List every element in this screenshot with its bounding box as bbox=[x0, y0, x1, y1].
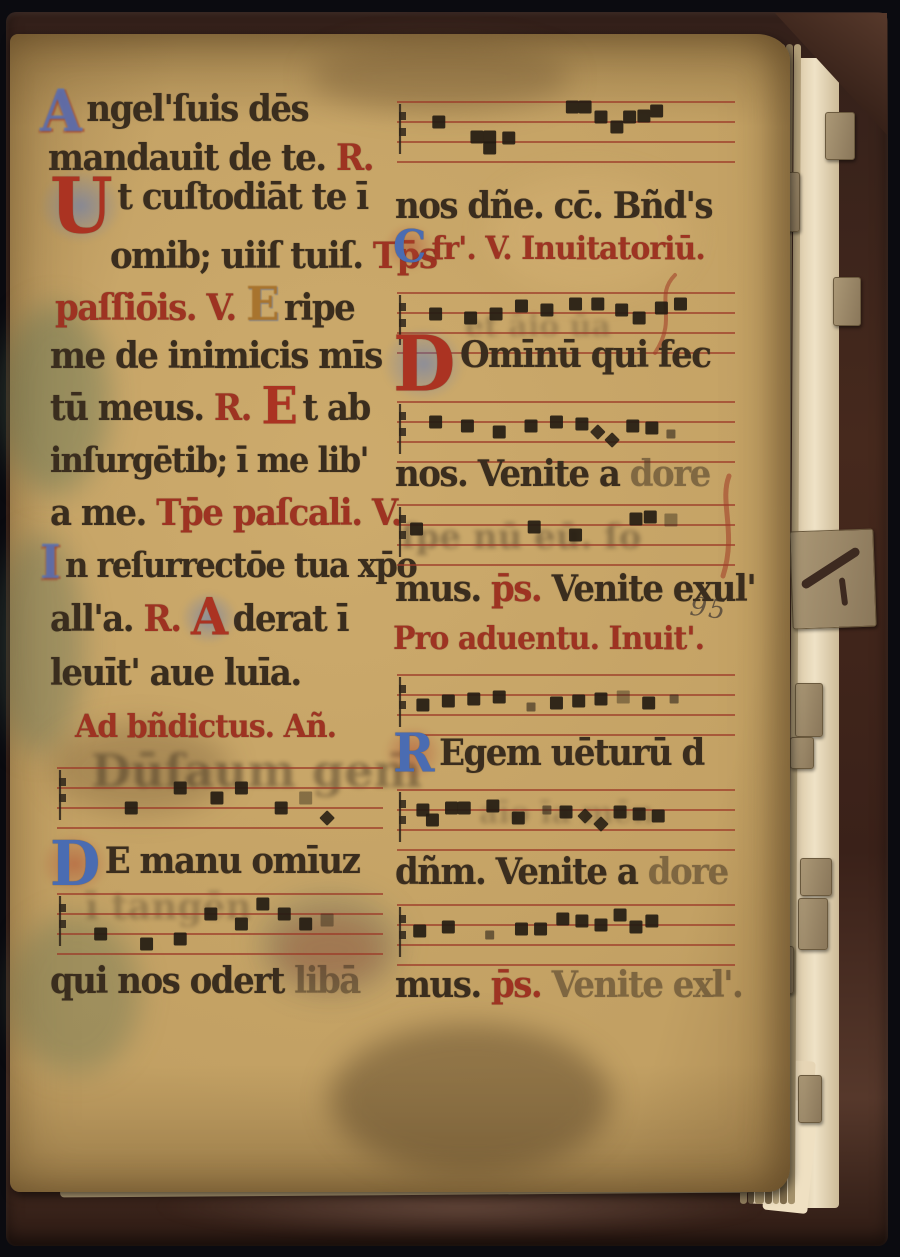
text-segment: mus. bbox=[395, 568, 491, 611]
parchment-tab bbox=[790, 737, 814, 769]
illuminated-initial: A bbox=[40, 88, 80, 133]
text-segment: tū meus. bbox=[50, 387, 214, 430]
music-staff: Dūſaum gem̄ bbox=[55, 756, 385, 844]
text-segment: me de inimicis mīs bbox=[50, 335, 382, 378]
text-line: me de inimicis mīs bbox=[50, 335, 382, 378]
text-segment: omib; uiiſ tuiſ. bbox=[110, 235, 373, 278]
text-line: mus. p̄s. Venite exl'. bbox=[395, 964, 742, 1007]
parchment-tab bbox=[798, 1075, 822, 1123]
text-line: nos dñe. cc̄. Bñd's bbox=[395, 185, 712, 228]
manuscript-page: 95 Angel'ſuis dēsmandauit de te. R.Ut cu… bbox=[10, 34, 790, 1192]
text-line: mus. p̄s. Venite exul' bbox=[395, 568, 755, 611]
text-segment: derat ī bbox=[233, 598, 348, 641]
music-staff bbox=[395, 90, 737, 178]
parchment-tab bbox=[825, 112, 855, 160]
staff-notation bbox=[395, 90, 737, 174]
flyleaf-edge bbox=[795, 58, 839, 1208]
text-segment: Omīnū qui fec bbox=[460, 334, 711, 377]
illuminated-initial: D bbox=[393, 334, 454, 394]
text-segment: dore bbox=[630, 453, 710, 496]
text-segment: libā bbox=[294, 960, 360, 1003]
illuminated-initial: R bbox=[393, 732, 433, 774]
page-content: 95 Angel'ſuis dēsmandauit de te. R.Ut cu… bbox=[10, 34, 790, 1192]
text-segment: mus. bbox=[395, 964, 491, 1007]
text-segment: t ab bbox=[302, 387, 369, 430]
text-segment: Pro aduentu. Inuit'. bbox=[393, 620, 704, 657]
text-segment: t cuſtodiāt te ī bbox=[117, 176, 367, 219]
text-segment: Tp̄e paſcali. V. bbox=[156, 492, 401, 535]
text-line: dñm. Venite a dore bbox=[395, 851, 728, 894]
text-segment: all'a. bbox=[50, 598, 143, 641]
text-segment: p̄s. bbox=[491, 568, 552, 611]
text-line: nos. Venite a dore bbox=[395, 453, 710, 496]
music-staff: ī tangēn bbox=[55, 882, 385, 970]
rubric-line: Pro aduentu. Inuit'. bbox=[393, 620, 704, 657]
parchment-tab bbox=[833, 277, 861, 326]
text-segment: E manu omīuz bbox=[105, 840, 360, 883]
parchment-tab bbox=[800, 858, 832, 896]
text-segment: n reſurrectōe tua xp̄o bbox=[65, 545, 416, 586]
text-segment: leuīt' aue luīa. bbox=[50, 652, 301, 695]
text-segment: Venite exl'. bbox=[552, 964, 743, 1007]
staff-notation bbox=[395, 778, 737, 862]
text-segment: ngel'ſuis dēs bbox=[86, 88, 308, 131]
illuminated-initial: U bbox=[50, 176, 111, 236]
text-line: tū meus. R. Et ab bbox=[50, 387, 370, 430]
text-line: Ut cuſtodiāt te ī bbox=[50, 176, 368, 236]
text-line: In reſurrectōe tua xp̄o bbox=[40, 545, 416, 586]
illuminated-initial: I bbox=[40, 545, 59, 582]
text-segment: R. bbox=[214, 387, 261, 430]
photograph-of-manuscript: { "document_type_note": "medieval antiph… bbox=[0, 0, 900, 1257]
illuminated-initial: C bbox=[393, 230, 425, 265]
text-segment: R. bbox=[336, 137, 373, 180]
text-segment: inſurgētib; ī me lib' bbox=[50, 440, 368, 481]
text-segment: qui nos odert bbox=[50, 960, 294, 1003]
text-segment: nos dñe. cc̄. Bñd's bbox=[395, 185, 712, 228]
text-line: a me. Tp̄e paſcali. V. bbox=[50, 492, 401, 535]
parchment-tab bbox=[795, 683, 823, 737]
text-segment: Egem uēturū d bbox=[439, 732, 704, 775]
text-line: REgem uēturū d bbox=[393, 732, 704, 775]
text-line: Angel'ſuis dēs bbox=[40, 88, 308, 133]
text-segment: dñm. Venite a bbox=[395, 851, 648, 894]
text-segment: dore bbox=[648, 851, 728, 894]
text-segment: a me. bbox=[50, 492, 156, 535]
illuminated-initial: A bbox=[191, 598, 227, 638]
staff-notation bbox=[395, 493, 737, 577]
staff-notation bbox=[55, 882, 385, 966]
text-segment: Venite exul' bbox=[552, 568, 756, 611]
parchment-tab bbox=[798, 898, 828, 950]
illuminated-initial: E bbox=[246, 287, 278, 324]
parchment-tab-large bbox=[789, 529, 876, 630]
text-segment: ripe bbox=[284, 287, 354, 330]
text-line: qui nos odert libā bbox=[50, 960, 360, 1003]
text-segment: nos. Venite a bbox=[395, 453, 630, 496]
staff-notation bbox=[55, 756, 385, 840]
text-segment: fr'. V. Inuitatoriū. bbox=[431, 230, 704, 267]
text-line: all'a. R. Aderat ī bbox=[50, 598, 348, 641]
illuminated-initial: E bbox=[261, 387, 296, 427]
text-line: inſurgētib; ī me lib' bbox=[50, 440, 368, 481]
text-segment: p̄s. bbox=[491, 964, 552, 1007]
text-line: paſſiōis. V. Eripe bbox=[55, 287, 354, 330]
tab-ink-mark-icon bbox=[790, 530, 875, 629]
text-segment: Ad bñdictus. Añ. bbox=[75, 708, 336, 745]
text-segment: paſſiōis. V. bbox=[55, 287, 246, 330]
text-line: DOmīnū qui fec bbox=[393, 334, 710, 394]
rubric-line: Cfr'. V. Inuitatoriū. bbox=[393, 230, 705, 267]
text-line: leuīt' aue luīa. bbox=[50, 652, 301, 695]
rubric-line: Ad bñdictus. Añ. bbox=[75, 708, 336, 745]
